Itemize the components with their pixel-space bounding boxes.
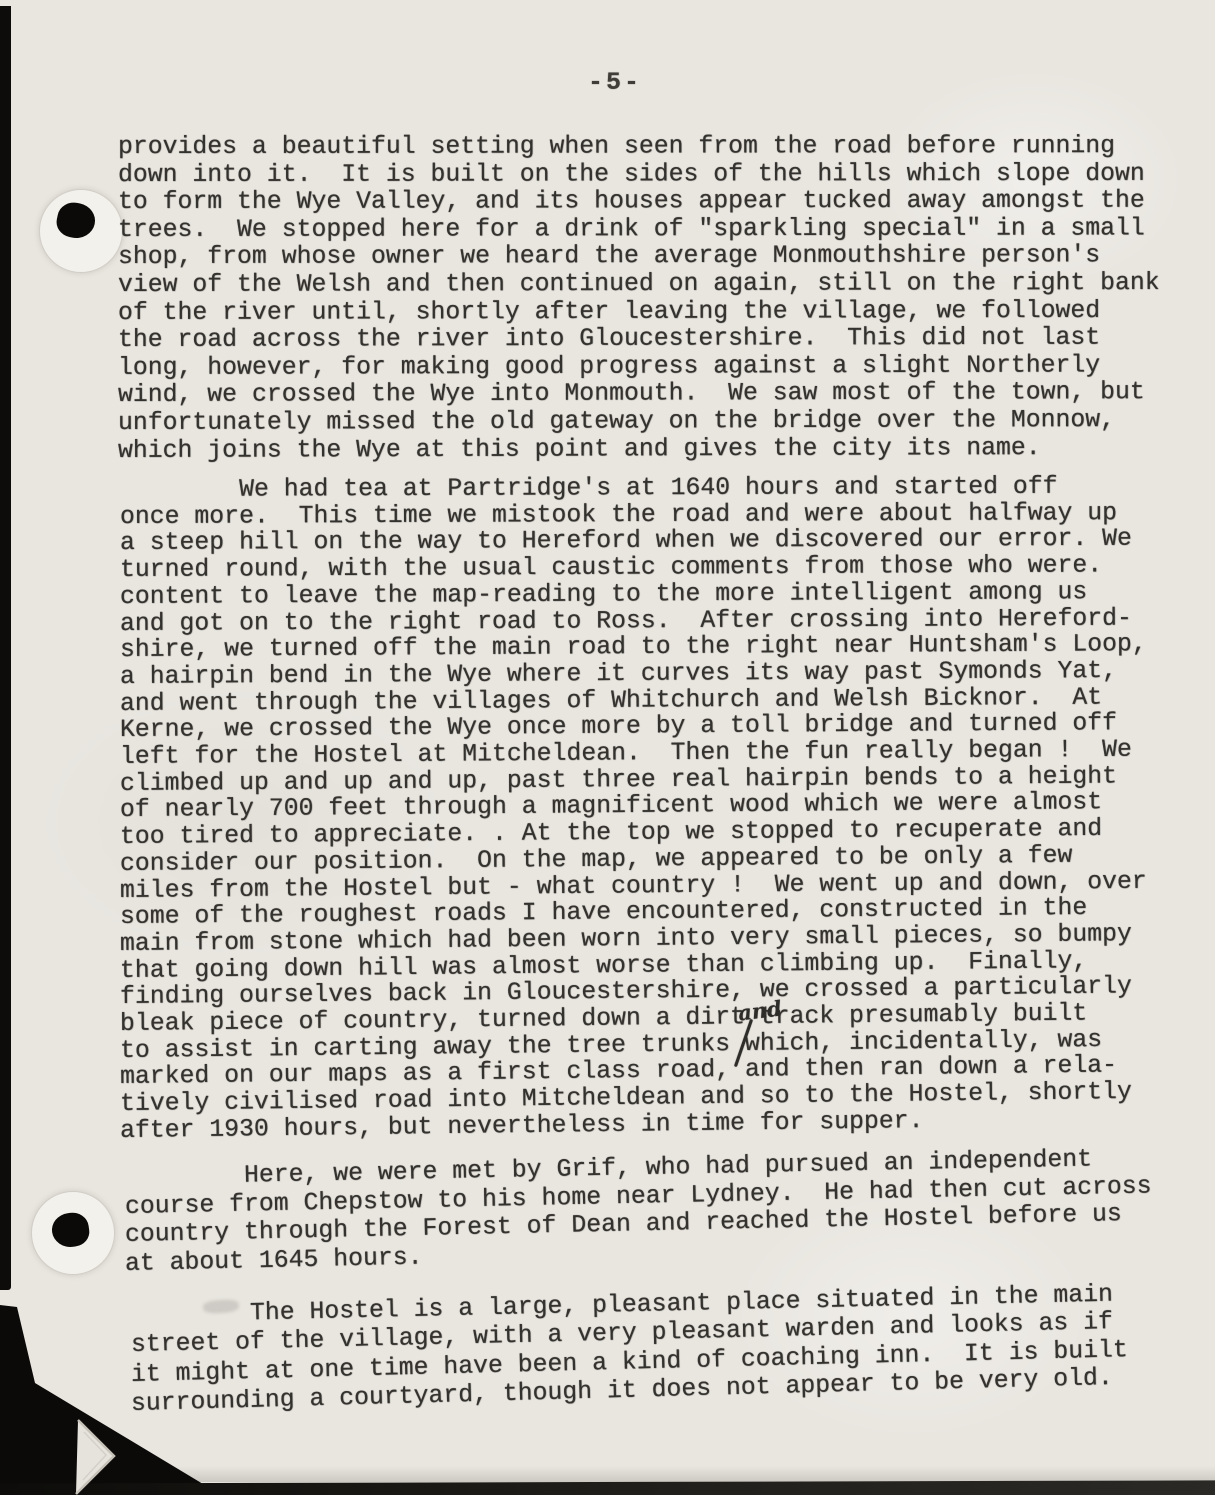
typed-line: down into it. It is built on the sides o… [118, 160, 1160, 189]
scan-left-edge [0, 6, 11, 1290]
page-number: -5- [0, 68, 1215, 97]
typed-line: wind, we crossed the Wye into Monmouth. … [118, 379, 1160, 409]
scanned-document-page: -5- provides a beautiful setting when se… [0, 0, 1215, 1495]
typed-line: provides a beautiful setting when seen f… [118, 133, 1160, 162]
typed-line: the road across the river into Glouceste… [118, 325, 1160, 355]
typed-line: to form the Wye Valley, and its houses a… [118, 188, 1160, 217]
typed-line: shop, from whose owner we heard the aver… [118, 243, 1160, 272]
typed-line: unfortunately missed the old gateway on … [118, 407, 1160, 438]
typed-line: trees. We stopped here for a drink of "s… [118, 215, 1160, 244]
body-paragraph-2: We had tea at Partridge's at 1640 hours … [120, 477, 1147, 1145]
typed-line: view of the Welsh and then continued on … [118, 270, 1160, 300]
typed-line: of the river until, shortly after leavin… [118, 297, 1160, 327]
handwritten-insertion-word: and [737, 995, 783, 1025]
body-paragraph-3: Here, we were met by Grif, who had pursu… [125, 1164, 1152, 1278]
scan-bottom-edge [0, 1480, 1215, 1495]
dog-ear-fold [60, 1408, 130, 1495]
body-paragraph-4: The Hostel is a large, pleasant place si… [131, 1302, 1128, 1419]
typed-line: which joins the Wye at this point and gi… [118, 434, 1160, 465]
body-paragraph-1: provides a beautiful setting when seen f… [118, 134, 1160, 465]
